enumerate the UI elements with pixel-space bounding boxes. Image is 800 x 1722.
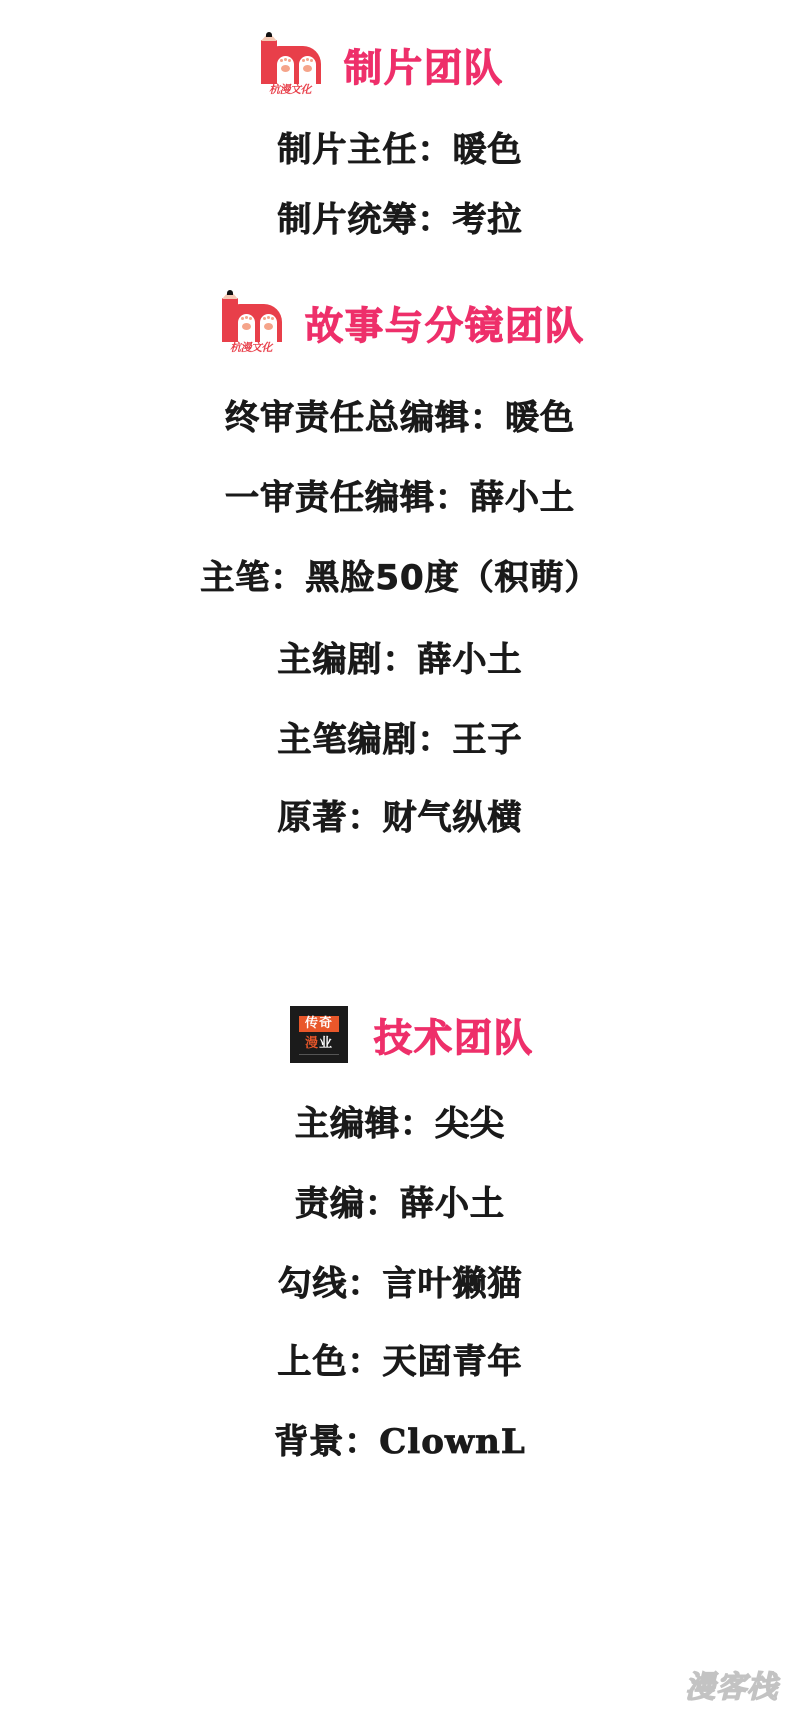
logo-text-bottom: 漫业 <box>299 1036 339 1052</box>
credit-name: 薛小土 <box>418 640 523 680</box>
credit-name: 财气纵横 <box>383 798 523 838</box>
credit-row: 背景：ClownL <box>0 1414 800 1463</box>
section-heading-production: 杭漫文化 制片团队 <box>258 32 504 96</box>
credit-role: 制片主任： <box>278 130 453 170</box>
credit-row: 制片统筹：考拉 <box>0 192 800 241</box>
logo-text-top: 传奇 <box>299 1016 339 1032</box>
credit-role: 责编： <box>295 1184 400 1224</box>
credit-row: 主编剧：薛小土 <box>0 632 800 681</box>
hangman-logo-icon: 杭漫文化 <box>258 32 322 96</box>
credit-role: 主笔编剧： <box>278 720 453 760</box>
credit-name: 王子 <box>453 720 523 760</box>
credit-name: 暖色 <box>505 398 575 438</box>
credit-role: 原著： <box>278 798 383 838</box>
logo-brand-text: 杭漫文化 <box>258 84 322 96</box>
credit-role: 终审责任总编辑： <box>225 398 505 438</box>
credit-name: 暖色 <box>453 130 523 170</box>
credit-name: 言叶獭猫 <box>383 1264 523 1304</box>
section-title: 制片团队 <box>344 37 504 92</box>
credit-row: 一审责任编辑：薛小土 <box>0 470 800 519</box>
credit-role: 勾线： <box>278 1264 383 1304</box>
watermark-logo: 漫客栈 <box>685 1662 778 1706</box>
chuanqi-manye-logo-icon: 传奇 漫业 <box>290 1006 348 1063</box>
credit-row: 上色：天固青年 <box>0 1334 800 1383</box>
credit-role: 主编辑： <box>295 1104 435 1144</box>
hangman-logo-icon: 杭漫文化 <box>219 290 283 354</box>
credit-row: 主笔：黑脸50度（积萌） <box>0 550 800 599</box>
credit-row: 责编：薛小土 <box>0 1176 800 1225</box>
credit-name: 薛小土 <box>400 1184 505 1224</box>
logo-brand-text: 杭漫文化 <box>219 342 283 354</box>
credit-row: 主编辑：尖尖 <box>0 1096 800 1145</box>
section-title: 技术团队 <box>374 1007 534 1062</box>
credit-row: 勾线：言叶獭猫 <box>0 1256 800 1305</box>
credit-row: 制片主任：暖色 <box>0 122 800 171</box>
credit-role: 主编剧： <box>278 640 418 680</box>
credit-name: 天固青年 <box>383 1342 523 1382</box>
credit-name: 尖尖 <box>435 1104 505 1144</box>
credit-role: 主笔： <box>200 558 305 598</box>
credit-role: 上色： <box>278 1342 383 1382</box>
credit-name: 薛小土 <box>470 478 575 518</box>
credit-name: 考拉 <box>453 200 523 240</box>
credit-role: 背景： <box>274 1422 379 1462</box>
credit-row: 主笔编剧：王子 <box>0 712 800 761</box>
credit-row: 终审责任总编辑：暖色 <box>0 390 800 439</box>
credit-role: 一审责任编辑： <box>225 478 470 518</box>
section-heading-story: 杭漫文化 故事与分镜团队 <box>219 290 585 354</box>
credit-name: 黑脸50度（积萌） <box>305 558 599 598</box>
credit-row: 原著：财气纵横 <box>0 790 800 839</box>
section-title: 故事与分镜团队 <box>305 295 585 350</box>
credit-name: ClownL <box>379 1422 526 1462</box>
credit-role: 制片统筹： <box>278 200 453 240</box>
section-heading-technical: 传奇 漫业 技术团队 <box>290 1006 534 1063</box>
